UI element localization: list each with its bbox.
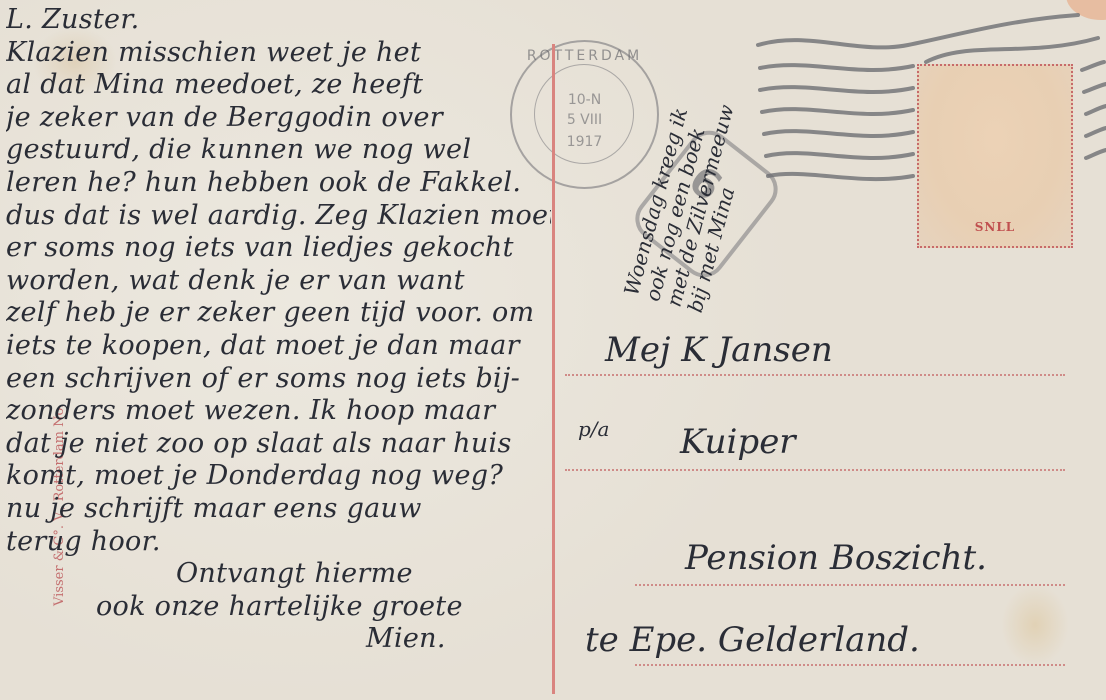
message-signature: Mien. [6, 623, 551, 656]
address-line-3-rule [635, 584, 1065, 586]
message-line: dat je niet zoo op slaat als naar huis [6, 428, 551, 461]
handwritten-message: L. Zuster. Klazien misschien weet je het… [6, 4, 551, 656]
message-line: Ontvangt hierme [6, 558, 551, 591]
message-line: komt, moet je Donderdag nog weg? [6, 460, 551, 493]
message-line: zonders moet wezen. Ik hoop maar [6, 395, 551, 428]
message-line: je zeker van de Berggodin over [6, 102, 551, 135]
message-line: Klazien misschien weet je het [6, 37, 551, 70]
message-line: al dat Mina meedoet, ze heeft [6, 69, 551, 102]
address-line-4-rule [635, 664, 1065, 666]
message-line: leren he? hun hebben ook de Fakkel. [6, 167, 551, 200]
message-line: dus dat is wel aardig. Zeg Klazien moet [6, 200, 551, 233]
address-care-of-name: Kuiper [680, 422, 796, 462]
address-city: te Epe. Gelderland. [585, 620, 920, 660]
message-line: nu je schrijft maar eens gauw [6, 493, 551, 526]
stamp-label: SNLL [919, 220, 1071, 234]
message-line: worden, wat denk je er van want [6, 265, 551, 298]
message-line: een schrijven of er soms nog iets bij- [6, 363, 551, 396]
postcard: SNLL ROTTERDAM 10-N 5 VIII 1917 6 Visser… [0, 0, 1106, 700]
message-line: terug hoor. [6, 526, 551, 559]
message-line: ook onze hartelijke groete [6, 591, 551, 624]
address-line-2-rule [565, 469, 1065, 471]
address-line-1-rule [565, 374, 1065, 376]
message-line: iets te koopen, dat moet je dan maar [6, 330, 551, 363]
message-address-divider [552, 44, 555, 694]
address-street: Pension Boszicht. [685, 538, 987, 578]
message-line: gestuurd, die kunnen we nog wel [6, 134, 551, 167]
address-care-of: p/a [578, 417, 609, 441]
message-line: L. Zuster. [6, 4, 551, 37]
message-line: er soms nog iets van liedjes gekocht [6, 232, 551, 265]
stamp-placeholder-box: SNLL [917, 64, 1073, 248]
message-line: zelf heb je er zeker geen tijd voor. om [6, 297, 551, 330]
address-recipient: Mej K Jansen [605, 330, 833, 370]
